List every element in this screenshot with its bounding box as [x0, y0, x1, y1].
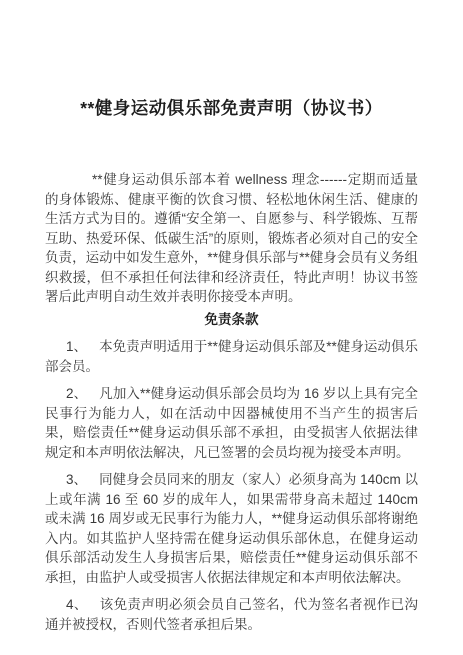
- clause-number: 2、: [66, 386, 87, 401]
- document-page: **健身运动俱乐部免责声明（协议书） **健身运动俱乐部本着 wellness …: [0, 0, 463, 655]
- section-heading: 免责条款: [45, 310, 418, 330]
- document-title: **健身运动俱乐部免责声明（协议书）: [45, 97, 418, 119]
- clause-item-2: 2、凡加入**健身运动俱乐部会员均为 16 岁以上具有完全民事行为能力人，如在活…: [45, 384, 418, 462]
- clause-item-4: 4、该免责声明必须会员自己签名，代为签名者视作已沟通并被授权，否则代签者承担后果…: [45, 595, 418, 634]
- clause-text: 同健身会员同来的朋友（家人）必须身高为 140cm 以上或年满 16 至 60 …: [45, 472, 418, 585]
- clause-text: 该免责声明必须会员自己签名，代为签名者视作已沟通并被授权，否则代签者承担后果。: [45, 597, 418, 632]
- clause-item-3: 3、同健身会员同来的朋友（家人）必须身高为 140cm 以上或年满 16 至 6…: [45, 470, 418, 587]
- clause-text: 凡加入**健身运动俱乐部会员均为 16 岁以上具有完全民事行为能力人，如在活动中…: [45, 386, 418, 460]
- clause-number: 3、: [66, 472, 87, 487]
- clause-item-1: 1、本免责声明适用于**健身运动俱乐部及**健身运动俱乐部会员。: [45, 337, 418, 376]
- clause-text: 本免责声明适用于**健身运动俱乐部及**健身运动俱乐部会员。: [45, 339, 418, 374]
- clause-number: 4、: [66, 597, 88, 612]
- intro-paragraph: **健身运动俱乐部本着 wellness 理念------定期而适量的身体锻炼、…: [45, 170, 418, 307]
- clause-number: 1、: [66, 339, 87, 354]
